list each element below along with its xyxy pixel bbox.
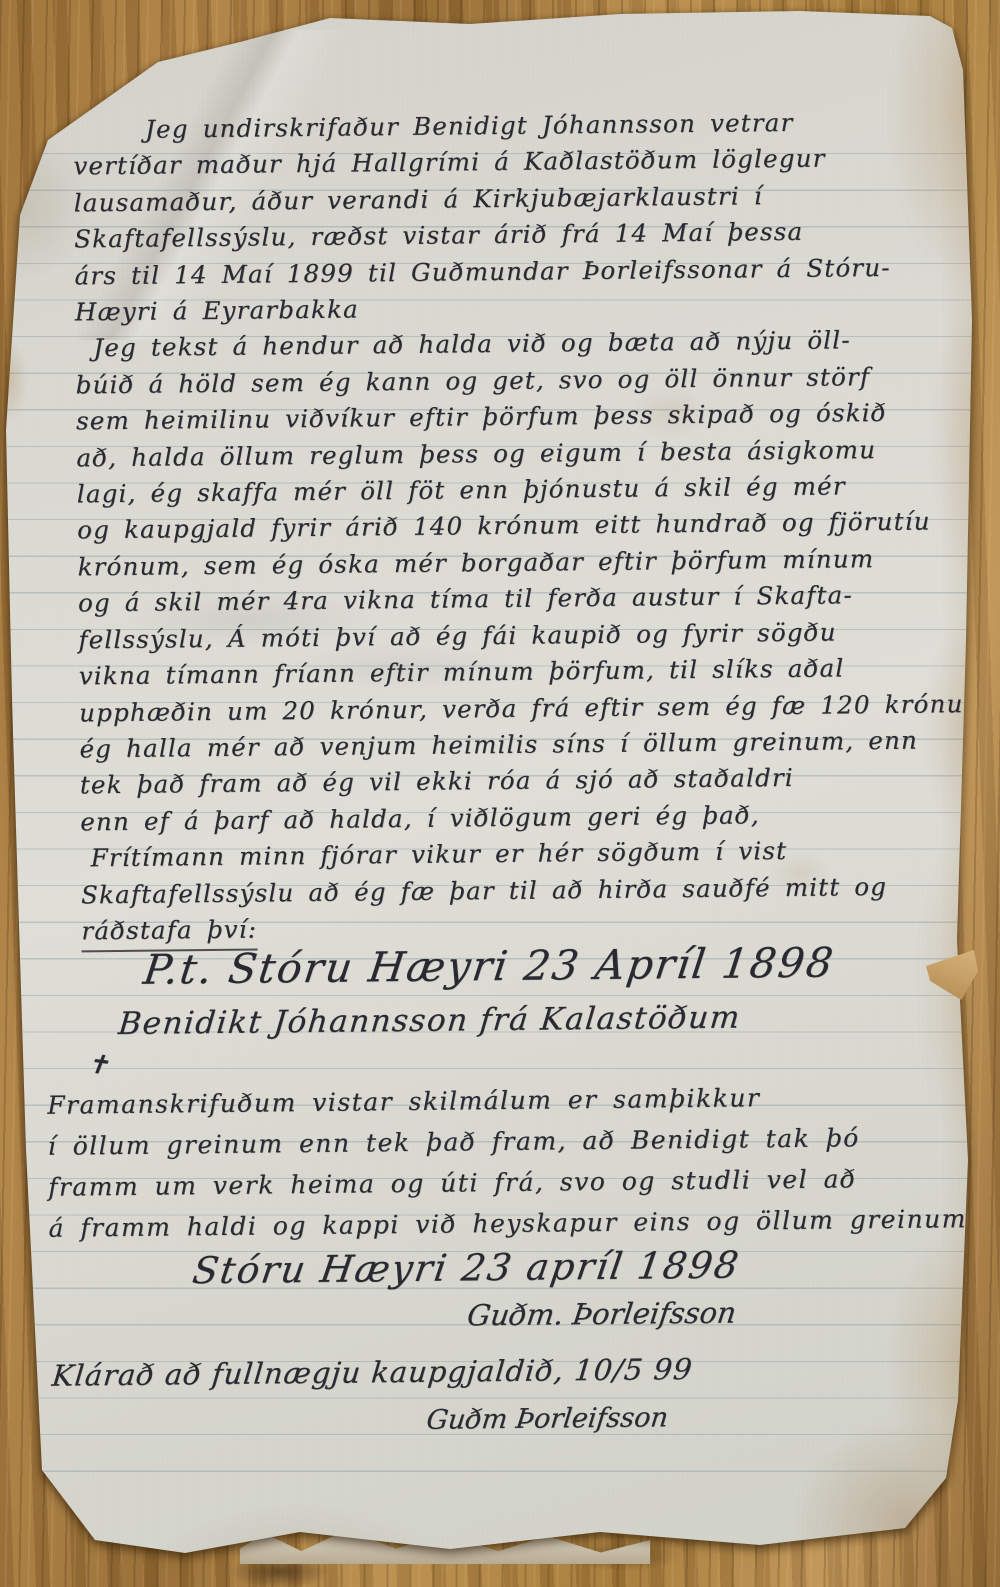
contract-body: Jeg undirskrifaður Benidigt Jóhannsson v… <box>73 103 991 953</box>
paragraph-terms: Jeg tekst á hendur að halda við og bæta … <box>75 321 989 840</box>
document-paper: Jeg undirskrifaður Benidigt Jóhannsson v… <box>0 0 1000 1587</box>
photo-scene: Jeg undirskrifaður Benidigt Jóhannsson v… <box>0 0 1000 1587</box>
handwriting-layer: Jeg undirskrifaður Benidigt Jóhannsson v… <box>0 0 1000 1587</box>
paragraph-opening: Jeg undirskrifaður Benidigt Jóhannsson v… <box>73 103 984 331</box>
cross-mark: ✝ <box>85 1049 110 1082</box>
signature-gudmundur-name: Guðm. Þorleifsson <box>465 1296 738 1333</box>
settlement-note-line: Klárað að fullnægju kaupgjaldið, 10/5 99 <box>50 1352 694 1393</box>
paragraph-endorsement: Framanskrifuðum vistar skilmálum er samþ… <box>47 1075 967 1249</box>
paragraph-freetime: Frítímann minn fjórar vikur er hér sögðu… <box>80 831 990 953</box>
handwritten-line: á framm haldi og kappi við heyskapur ein… <box>48 1198 967 1249</box>
document-paper-wrap: Jeg undirskrifaður Benidigt Jóhannsson v… <box>0 0 1000 1587</box>
signature-gudmundur-dateline: Stóru Hæyri 23 apríl 1898 <box>190 1243 743 1292</box>
settlement-note-signature: Guðm Þorleifsson <box>425 1402 670 1436</box>
signature-benidikt-dateline: P.t. Stóru Hæyri 23 Apríl 1898 <box>141 938 838 993</box>
signature-benidikt-name: Benidikt Jóhannsson frá Kalastöðum <box>117 999 743 1042</box>
